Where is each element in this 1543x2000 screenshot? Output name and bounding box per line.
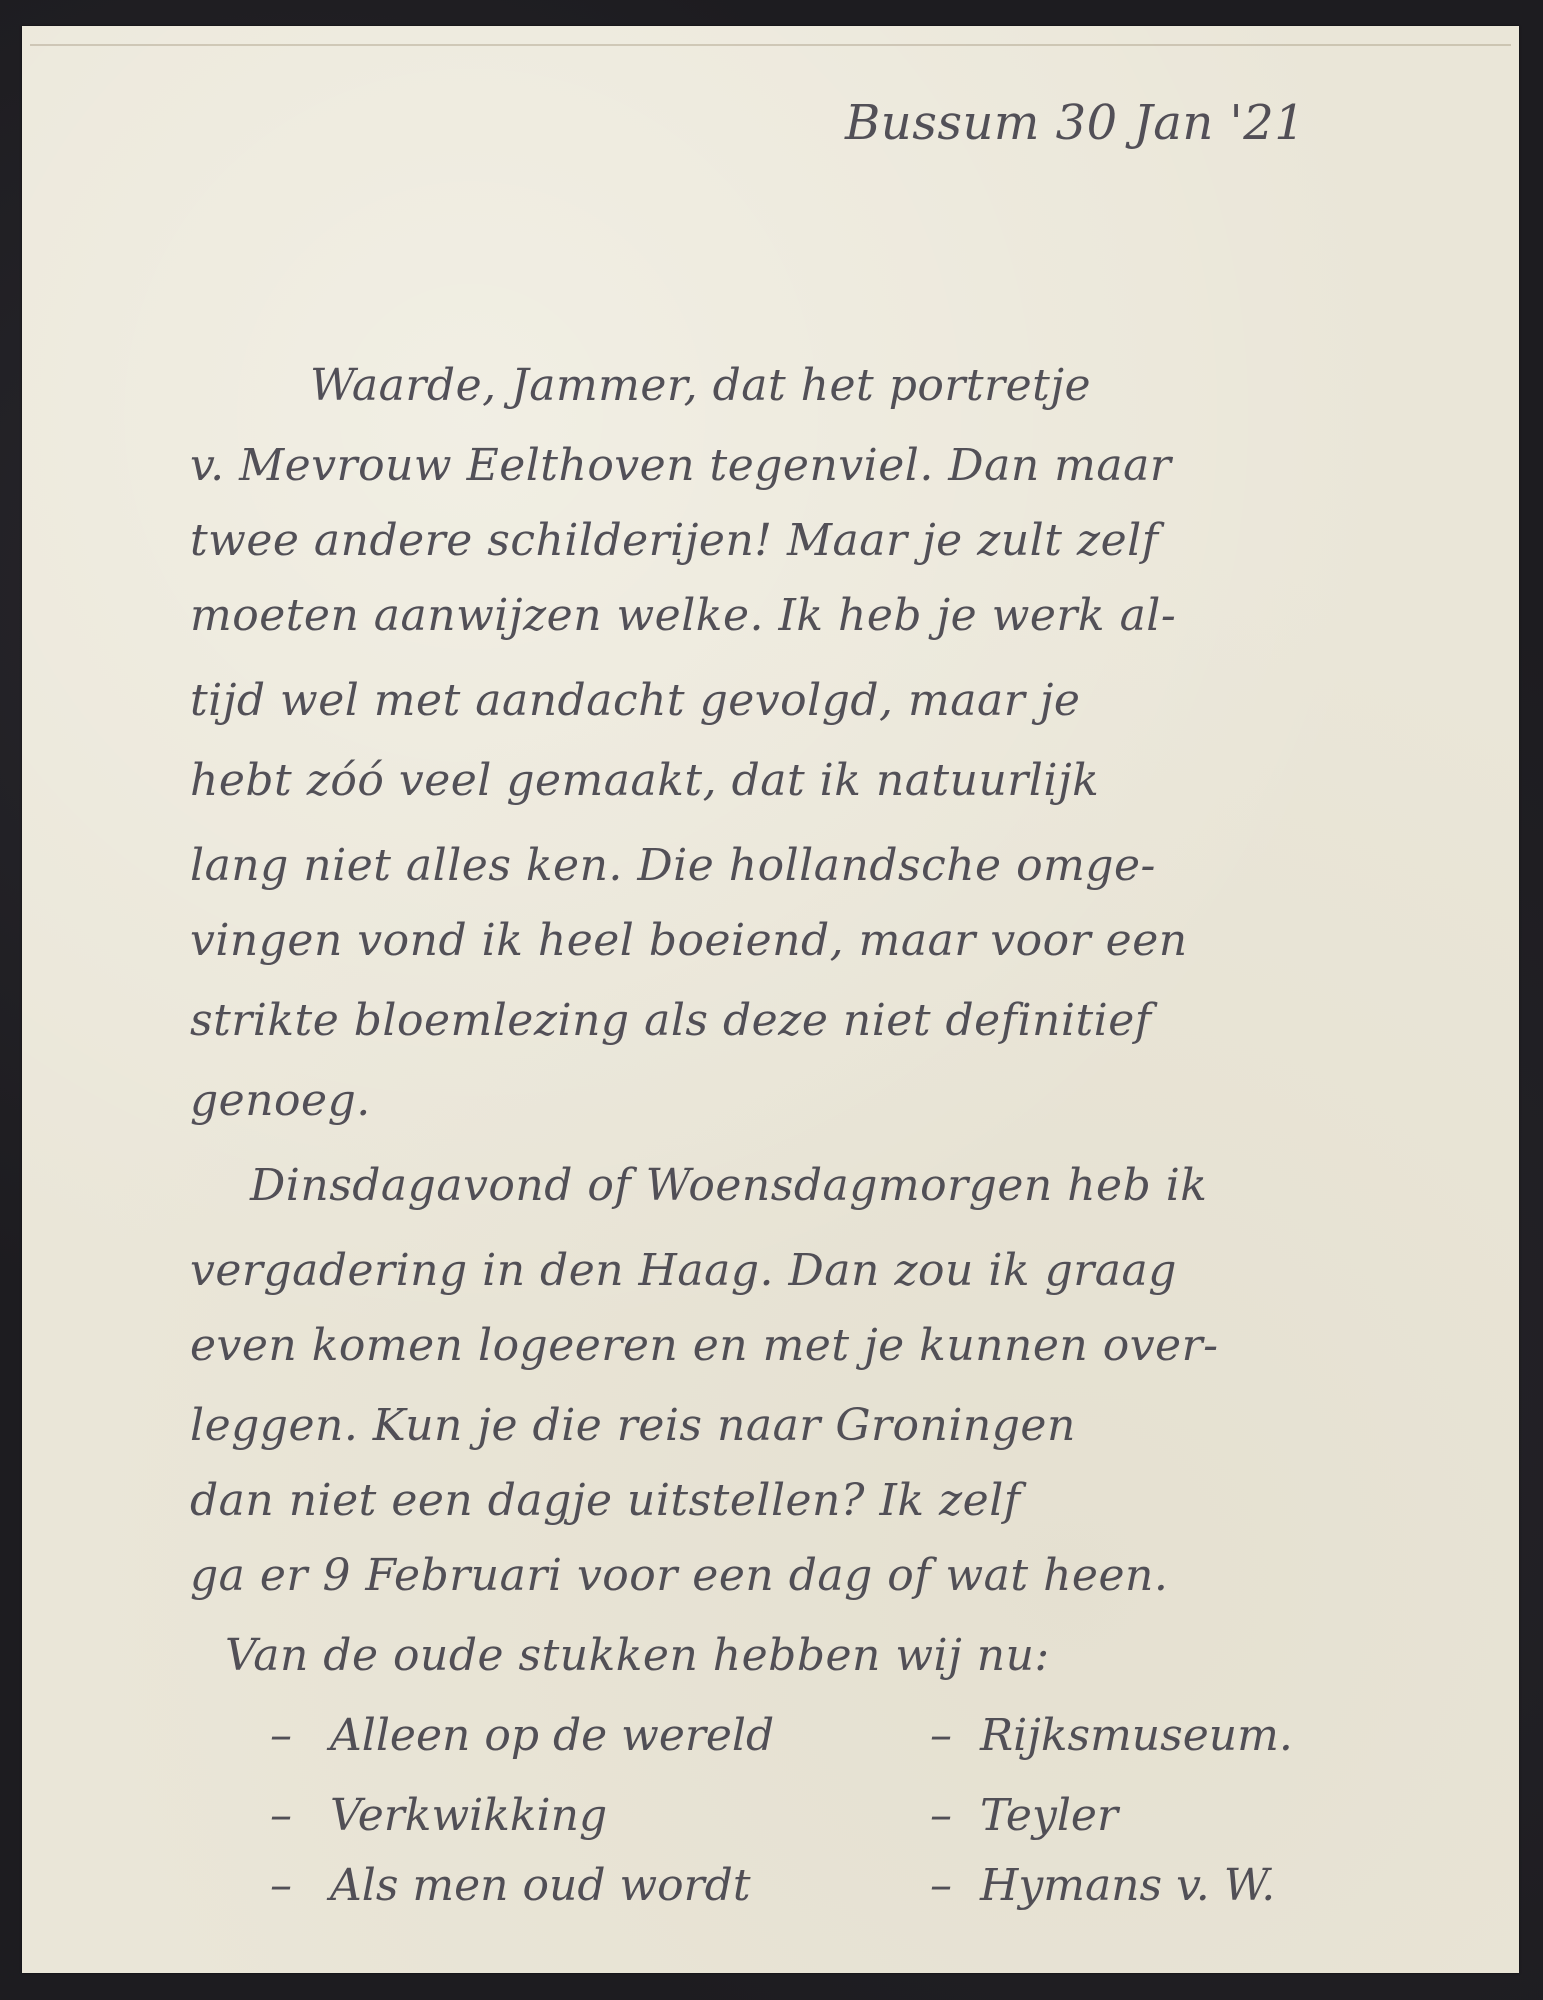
letter-line: strikte bloemlezing als deze niet defini…: [190, 995, 1152, 1046]
paper-fold-edge: [30, 44, 1511, 46]
list-dash: –: [270, 1710, 330, 1761]
artwork-list-item: –Verkwikking–Teyler: [270, 1790, 1118, 1841]
letter-line: hebt zóó veel gemaakt, dat ik natuurlijk: [190, 755, 1099, 806]
letter-line: dan niet een dagje uitstellen? Ik zelf: [190, 1475, 1021, 1526]
list-dash: –: [930, 1790, 980, 1841]
letter-line: leggen. Kun je die reis naar Groningen: [190, 1400, 1076, 1451]
artwork-title: Als men oud wordt: [330, 1860, 930, 1911]
list-dash: –: [270, 1860, 330, 1911]
artwork-location: Hymans v. W.: [980, 1860, 1275, 1911]
list-dash: –: [930, 1860, 980, 1911]
artwork-title: Alleen op de wereld: [330, 1710, 930, 1761]
letter-line: ga er 9 Februari voor een dag of wat hee…: [190, 1550, 1168, 1601]
artwork-list-item: –Als men oud wordt–Hymans v. W.: [270, 1860, 1275, 1911]
artwork-location: Teyler: [980, 1790, 1118, 1841]
letter-line: even komen logeeren en met je kunnen ove…: [190, 1320, 1219, 1371]
letter-line: Van de oude stukken hebben wij nu:: [225, 1630, 1050, 1681]
letter-dateline: Bussum 30 Jan '21: [845, 95, 1305, 151]
letter-line: vingen vond ik heel boeiend, maar voor e…: [190, 915, 1188, 966]
letter-line: Dinsdagavond of Woensdagmorgen heb ik: [250, 1160, 1207, 1211]
letter-line: Waarde, Jammer, dat het portretje: [310, 360, 1091, 411]
letter-line: lang niet alles ken. Die hollandsche omg…: [190, 840, 1156, 891]
letter-line: moeten aanwijzen welke. Ik heb je werk a…: [190, 590, 1176, 641]
letter-line: vergadering in den Haag. Dan zou ik graa…: [190, 1245, 1177, 1296]
list-dash: –: [270, 1790, 330, 1841]
artwork-list-item: –Alleen op de wereld–Rijksmuseum.: [270, 1710, 1293, 1761]
artwork-title: Verkwikking: [330, 1790, 930, 1841]
list-dash: –: [930, 1710, 980, 1761]
artwork-location: Rijksmuseum.: [980, 1710, 1293, 1761]
letter-line: twee andere schilderijen! Maar je zult z…: [190, 515, 1159, 566]
letter-line: v. Mevrouw Eelthoven tegenviel. Dan maar: [190, 440, 1171, 491]
letter-line: genoeg.: [190, 1075, 371, 1126]
letter-line: tijd wel met aandacht gevolgd, maar je: [190, 675, 1080, 726]
